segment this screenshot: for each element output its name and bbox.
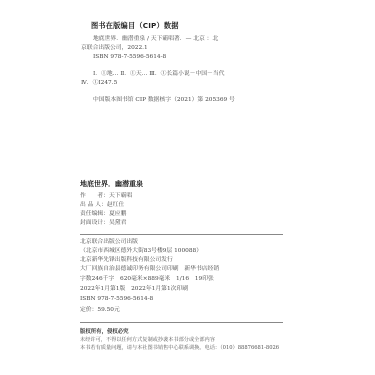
rights-line: 未经许可，不得以任何方式复制或抄袭本书部分或全部内容: [80, 336, 215, 343]
credit-value: 天下霸唱: [109, 193, 132, 199]
credit-row: 出 品 人：赵红仕: [80, 202, 124, 209]
rights-line: 本书若有质量问题，请与本社图书销售中心联系调换。电话：（010）88876681…: [80, 344, 279, 351]
cip-title: 图书在版编目（CIP）数据: [91, 21, 179, 31]
distributor-line: 北京新华先锋出版科技有限公司发行: [80, 257, 173, 264]
credit-label: 作 者：: [80, 193, 109, 199]
divider: [80, 234, 283, 235]
cip-line: Ⅰ．①地… Ⅱ．①天… Ⅲ．①长篇小说－中国－当代: [93, 71, 224, 78]
credit-value: 赵红仕: [107, 202, 124, 208]
credit-row: 作 者：天下霸唱: [80, 193, 132, 200]
credit-value: 夏应鹏: [109, 211, 126, 217]
credit-label: 出 品 人：: [80, 202, 107, 208]
credit-value: 吴黛君: [109, 220, 126, 226]
price-line: 定价：59.50元: [80, 307, 120, 314]
divider: [80, 322, 283, 323]
cip-line: Ⅳ．①I247.5: [81, 80, 117, 87]
publisher-line: 北京联合出版公司出版: [80, 239, 138, 246]
format-line: 字数246千字 620毫米×889毫米 1/16 19印张: [80, 276, 214, 283]
publisher-address: （北京市西城区德外大街83号楼9层 100088）: [80, 248, 202, 255]
isbn-line: ISBN 978-7-5596-5614-8: [80, 296, 153, 303]
credit-label: 责任编辑：: [80, 211, 109, 217]
cip-record-number: 中国版本图书馆 CIP 数据核字（2021）第 205369 号: [93, 97, 235, 104]
edition-line: 2022年1月第1版 2022年1月第1次印刷: [80, 286, 188, 293]
cip-line: 京联合出版公司，2022.1: [81, 45, 148, 52]
rights-title: 版权所有，侵权必究: [80, 327, 129, 335]
cip-line: 地底世界．幽潜重泉 / 天下霸唱著．— 北京 ：北: [93, 36, 218, 43]
credit-label: 封面设计：: [80, 220, 109, 226]
book-title: 地底世界．幽潜重泉: [80, 179, 143, 189]
cip-isbn: ISBN 978-7-5596-5614-8: [93, 54, 166, 61]
printer-line: 大厂回族自治县德诚印务有限公司印刷 新华书店经销: [80, 266, 219, 273]
credit-row: 责任编辑：夏应鹏: [80, 211, 126, 218]
credit-row: 封面设计：吴黛君: [80, 220, 126, 227]
